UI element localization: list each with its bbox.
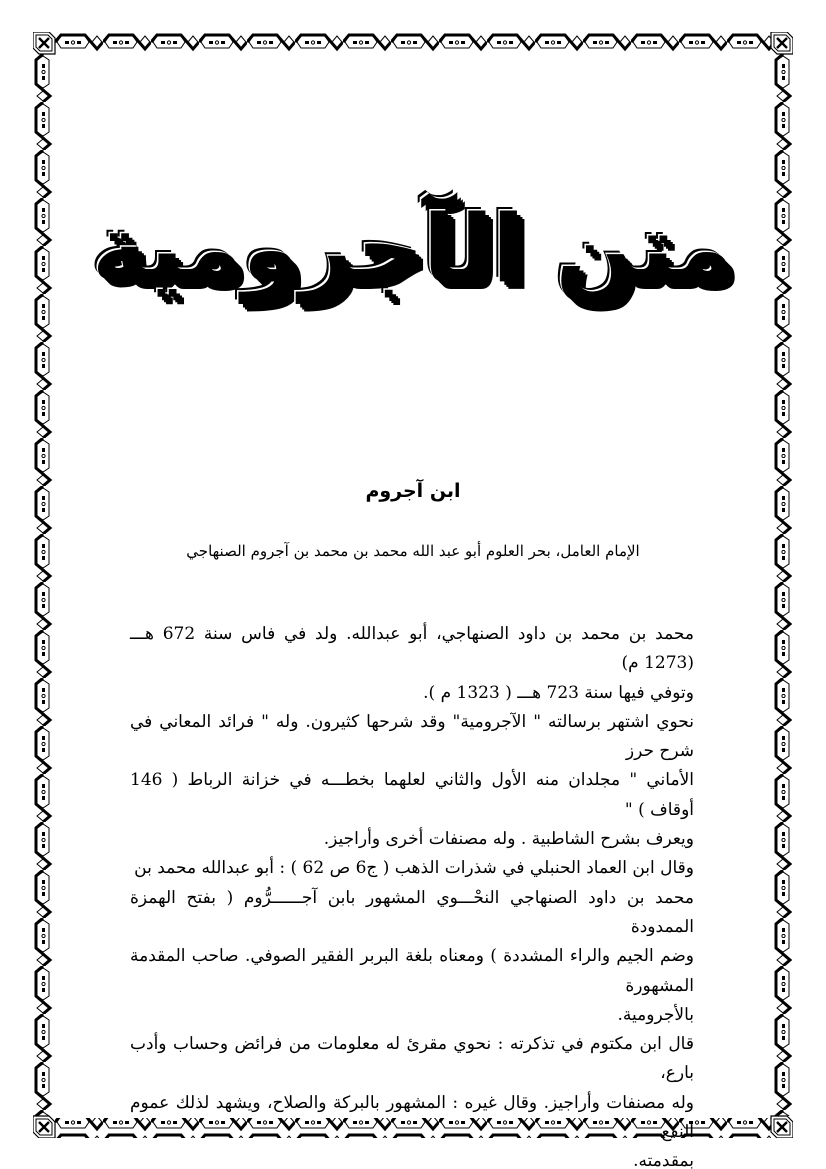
document-title: متن الآجرومية [0,190,826,320]
bio-line: وضم الجيم والراء المشددة ) ومعناه بلغة ا… [130,942,694,1001]
bio-line: الأماني " مجلدان منه الأول والثاني لعلهم… [130,766,694,825]
author-short-name: ابن آجروم [0,478,826,504]
bio-line: محمد بن داود الصنهاجي النحْـــوي المشهور… [130,884,694,943]
bio-line: وتوفي فيها سنة 723 هـــ ( 1323 م ). [130,679,694,708]
bio-line: وله مصنفات وأراجيز. وقال غيره : المشهور … [130,1089,694,1148]
bio-line: بمقدمته. [130,1147,694,1169]
bio-line: محمد بن محمد بن داود الصنهاجي، أبو عبدال… [130,620,694,679]
bio-line: قال ابن مكتوم في تذكرته : نحوي مقرئ له م… [130,1030,694,1089]
title-text: متن الآجرومية [93,190,734,310]
biography-section: محمد بن محمد بن داود الصنهاجي، أبو عبدال… [130,620,694,1169]
bio-line: وقال ابن العماد الحنبلي في شذرات الذهب (… [130,854,694,883]
bio-line: بالأجرومية. [130,1001,694,1030]
bio-line: نحوي اشتهر برسالته " الآجرومية" وقد شرحه… [130,708,694,767]
bio-line: ويعرف بشرح الشاطبية . وله مصنفات أخرى وأ… [130,825,694,854]
author-full-name: الإمام العامل، بحر العلوم أبو عبد الله م… [0,540,826,562]
